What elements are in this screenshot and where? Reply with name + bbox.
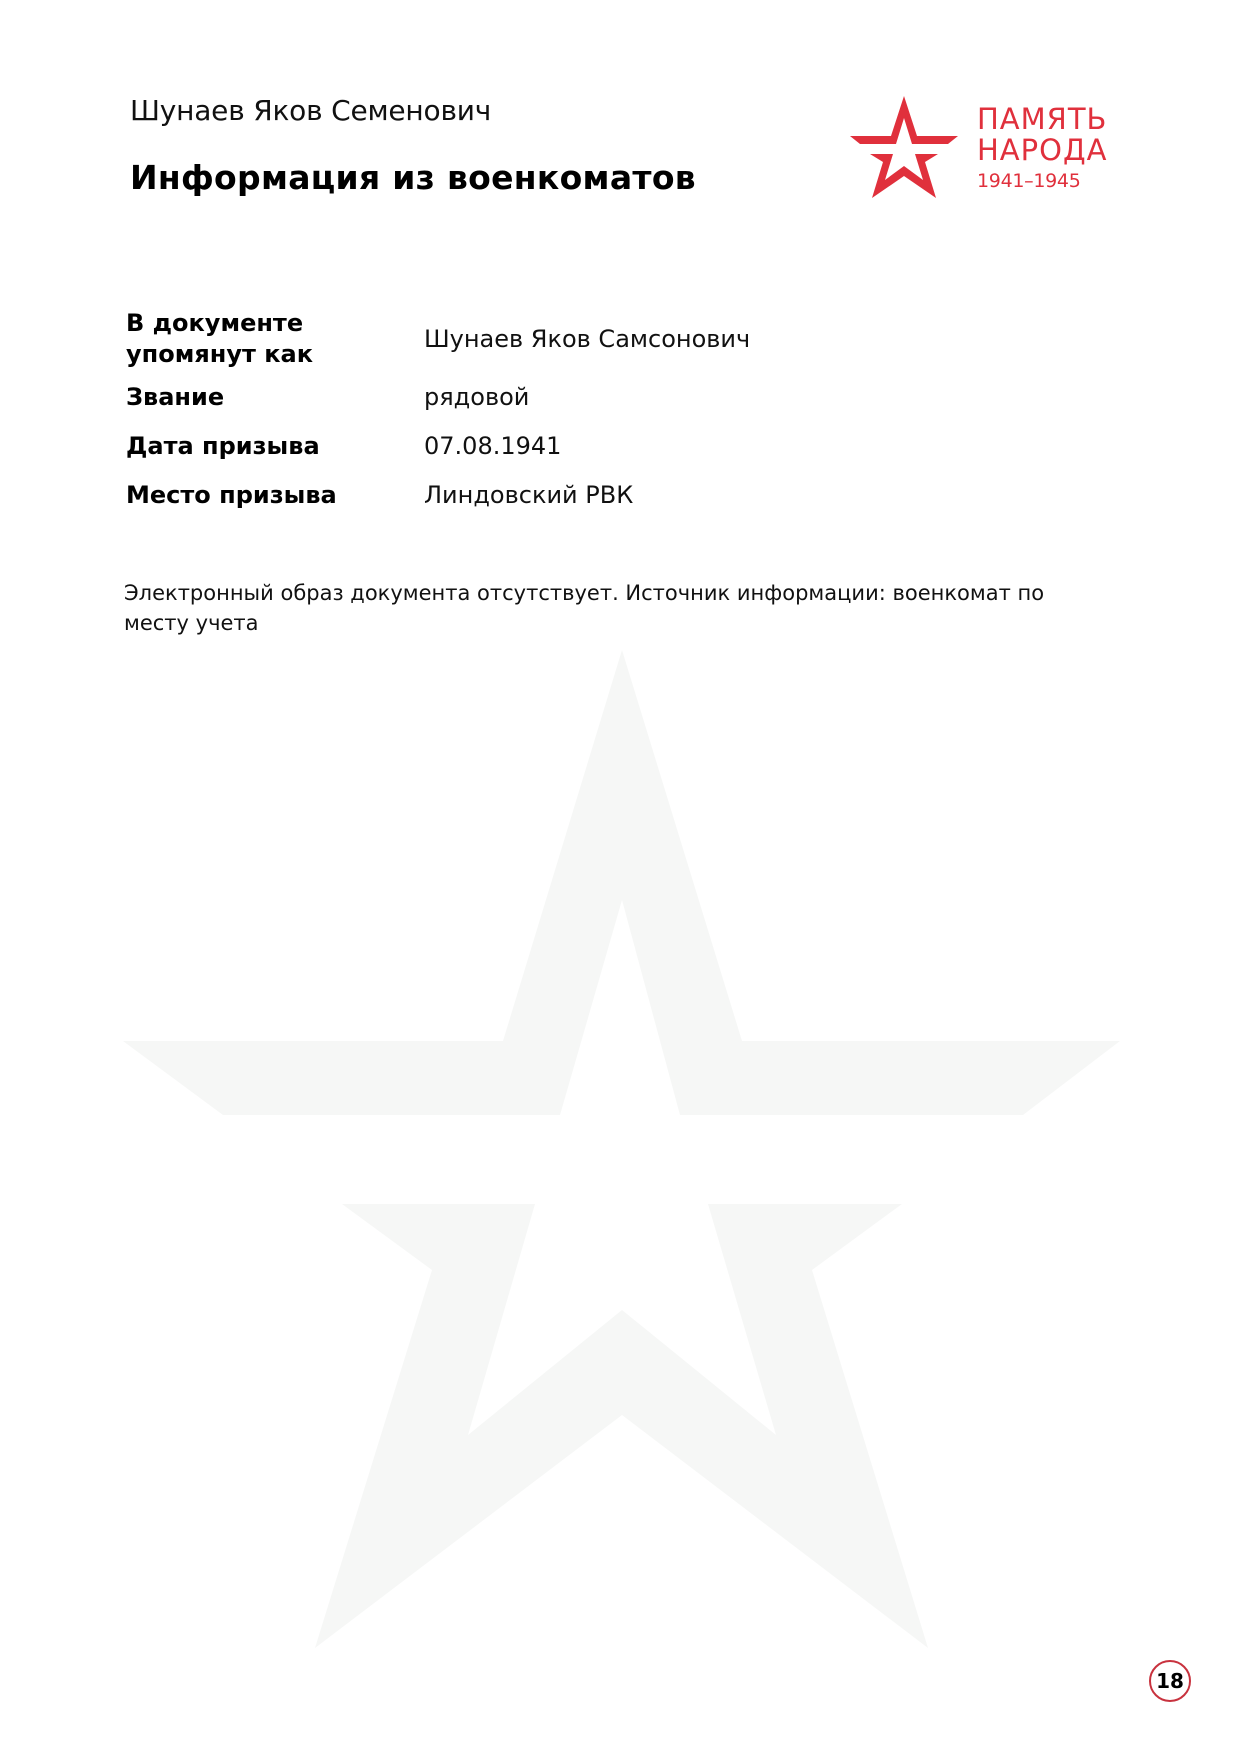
details-row: Дата призыва 07.08.1941 [126, 422, 750, 471]
logo-title-line1: ПАМЯТЬ [977, 104, 1107, 135]
details-label: Звание [126, 373, 424, 422]
details-value: Шунаев Яков Самсонович [424, 305, 750, 373]
details-label: Место призыва [126, 471, 424, 520]
person-name: Шунаев Яков Семенович [130, 94, 491, 127]
logo-text: ПАМЯТЬ НАРОДА 1941–1945 [977, 104, 1107, 194]
details-label: Дата призыва [126, 422, 424, 471]
page-number-badge: 18 [1149, 1660, 1191, 1702]
star-watermark-icon [0, 0, 1241, 1754]
details-label: В документе упомянут как [126, 305, 424, 373]
details-value: Линдовский РВК [424, 471, 750, 520]
logo-title-line2: НАРОДА [977, 135, 1107, 166]
details-value: рядовой [424, 373, 750, 422]
section-title: Информация из военкоматов [130, 158, 696, 197]
details-row: В документе упомянут как Шунаев Яков Сам… [126, 305, 750, 373]
source-note: Электронный образ документа отсутствует.… [124, 578, 1114, 638]
red-star-icon [850, 96, 958, 198]
logo-years: 1941–1945 [977, 168, 1107, 194]
details-value: 07.08.1941 [424, 422, 750, 471]
pamyat-naroda-logo: ПАМЯТЬ НАРОДА 1941–1945 [850, 96, 1130, 206]
page-number: 18 [1156, 1669, 1184, 1693]
details-row: Место призыва Линдовский РВК [126, 471, 750, 520]
details-table: В документе упомянут как Шунаев Яков Сам… [126, 305, 750, 520]
details-row: Звание рядовой [126, 373, 750, 422]
